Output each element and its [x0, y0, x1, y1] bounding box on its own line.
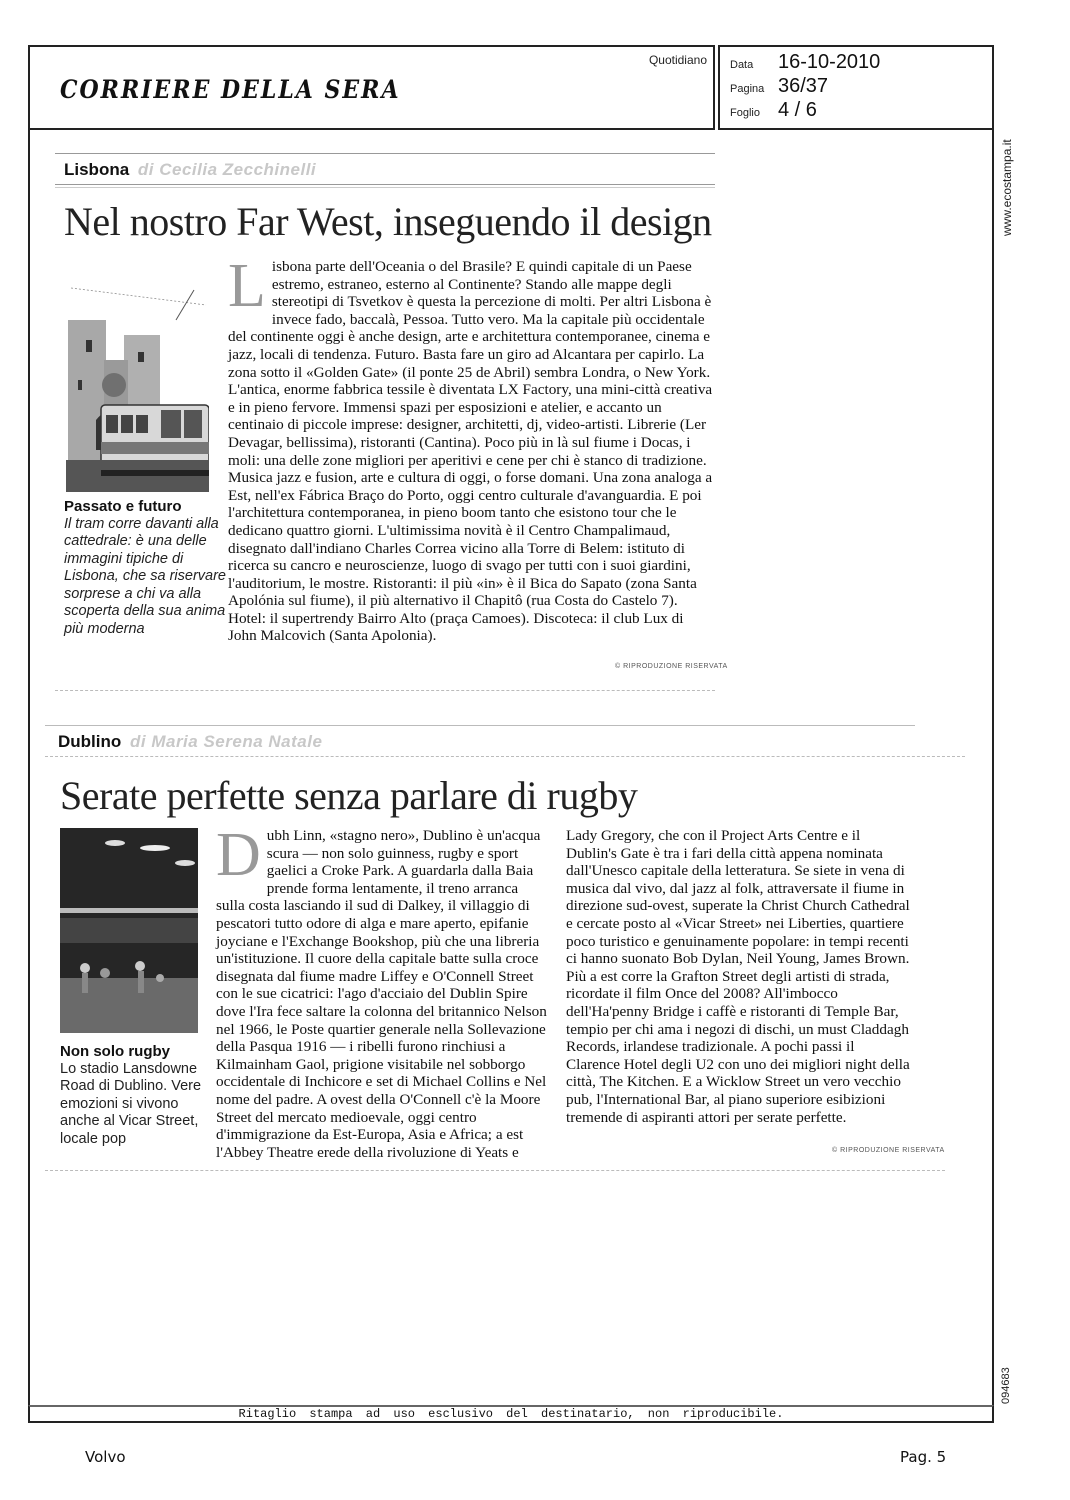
- article-headline: Serate perfette senza parlare di rugby: [60, 772, 637, 819]
- kicker-top-rule: [45, 725, 915, 726]
- article-body-column-2: Lady Gregory, che con il Project Arts Ce…: [566, 827, 911, 1126]
- dropcap: L: [228, 260, 266, 312]
- client-name: Volvo: [85, 1448, 126, 1466]
- caption-body: Il tram corre davanti alla cattedrale: è…: [64, 516, 234, 639]
- meta-page-label: Pagina: [730, 83, 778, 95]
- copyright-notice: © RIPRODUZIONE RISERVATA: [615, 663, 728, 670]
- kicker-author: di Maria Serena Natale: [130, 732, 322, 751]
- kicker-city: Lisbona: [64, 160, 129, 179]
- caption-title: Non solo rugby: [60, 1043, 210, 1061]
- article-kicker: Dublino di Maria Serena Natale: [58, 732, 322, 752]
- article-body-column-1: D ubh Linn, «stagno nero», Dublino è un'…: [216, 827, 548, 1161]
- article-body-col2-text: Lady Gregory, che con il Project Arts Ce…: [566, 827, 910, 1126]
- photo-caption: Passato e futuro Il tram corre davanti a…: [64, 498, 234, 638]
- article-body: L isbona parte dell'Oceania o del Brasil…: [228, 258, 714, 645]
- meta-page: Pagina 36/37: [730, 75, 828, 98]
- meta-sheet-label: Foglio: [730, 107, 778, 119]
- clipping-notice: Ritaglio stampa ad uso esclusivo del des…: [28, 1405, 994, 1423]
- kicker-bottom-rule-2: [55, 187, 715, 188]
- dropcap: D: [216, 829, 261, 881]
- masthead-box: CORRIERE DELLA SERA Quotidiano: [28, 45, 715, 130]
- publication-type: Quotidiano: [649, 53, 707, 67]
- meta-sheet: Foglio 4 / 6: [730, 99, 817, 122]
- article-body-text: isbona parte dell'Oceania o del Brasile?…: [228, 258, 712, 644]
- article-end-rule: [55, 690, 715, 691]
- kicker-bottom-rule: [45, 756, 965, 757]
- article-headline: Nel nostro Far West, inseguendo il desig…: [64, 198, 712, 245]
- stadium-photo-illustration: [60, 828, 198, 1033]
- kicker-city: Dublino: [58, 732, 121, 751]
- kicker-top-rule: [55, 153, 715, 154]
- meta-date-label: Data: [730, 59, 778, 71]
- tram-cathedral-photo: [66, 280, 209, 492]
- meta-date: Data 16-10-2010: [730, 51, 880, 74]
- side-url: www.ecostampa.it: [1000, 139, 1014, 236]
- rugby-stadium-photo: [60, 828, 198, 1033]
- meta-sheet-value: 4 / 6: [778, 99, 817, 122]
- article-kicker: Lisbona di Cecilia Zecchinelli: [64, 160, 316, 180]
- page-number: Pag. 5: [900, 1448, 946, 1466]
- issue-meta-box: Data 16-10-2010 Pagina 36/37 Foglio 4 / …: [718, 45, 994, 130]
- meta-page-value: 36/37: [778, 75, 828, 98]
- article-body-col1-text: ubh Linn, «stagno nero», Dublino è un'ac…: [216, 827, 547, 1161]
- photo-caption: Non solo rugby Lo stadio Lansdowne Road …: [60, 1043, 210, 1148]
- kicker-author: di Cecilia Zecchinelli: [138, 160, 316, 179]
- newspaper-masthead: CORRIERE DELLA SERA: [60, 75, 401, 105]
- kicker-bottom-rule: [55, 184, 715, 185]
- caption-title: Passato e futuro: [64, 498, 234, 516]
- article-end-rule: [45, 1170, 945, 1171]
- copyright-notice: © RIPRODUZIONE RISERVATA: [832, 1147, 945, 1154]
- caption-body: Lo stadio Lansdowne Road di Dublino. Ver…: [60, 1061, 210, 1149]
- meta-date-value: 16-10-2010: [778, 51, 880, 74]
- tram-photo-illustration: [66, 280, 209, 492]
- side-code: 094683: [1000, 1367, 1012, 1404]
